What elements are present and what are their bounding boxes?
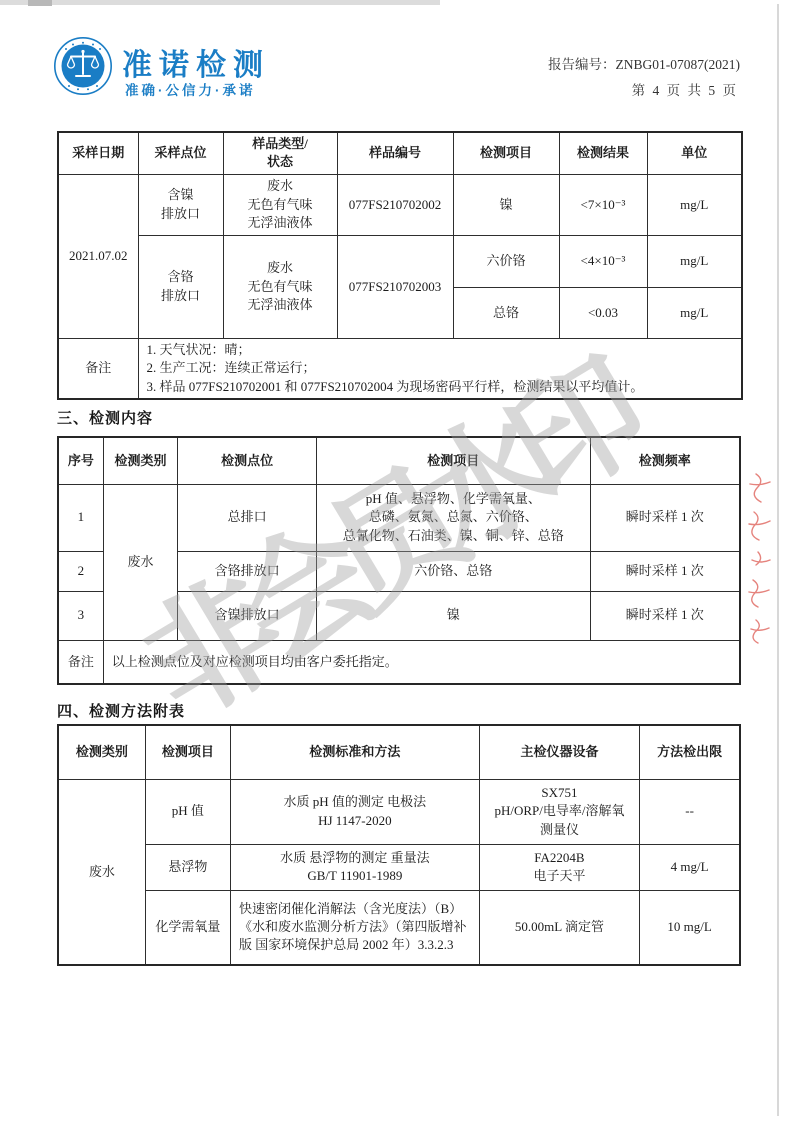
point-cell: 总排口 — [178, 484, 317, 551]
section-title-method-table: 四、检测方法附表 — [57, 700, 185, 721]
test-content-table: 序号 检测类别 检测点位 检测项目 检测频率 1 废水 总排口 pH 值、悬浮物… — [57, 436, 741, 685]
test-item-cell: 总铬 — [453, 287, 559, 338]
sampling-results-table: 采样日期 采样点位 样品类型/ 状态 样品编号 检测项目 检测结果 单位 202… — [57, 131, 743, 400]
limit-cell: 10 mg/L — [640, 890, 740, 965]
seq-cell: 3 — [58, 591, 103, 640]
col-header-category: 检测类别 — [58, 725, 145, 779]
item-cell: pH 值 — [145, 779, 230, 844]
col-header-category: 检测类别 — [103, 437, 177, 484]
col-header-standard-method: 检测标准和方法 — [231, 725, 480, 779]
limit-cell: 4 mg/L — [640, 844, 740, 890]
method-cell: 快速密闭催化消解法（含光度法）（B） 《水和废水监测分析方法》（第四版增补 版 … — [231, 890, 480, 965]
col-header-items: 检测项目 — [316, 437, 590, 484]
seq-cell: 1 — [58, 484, 103, 551]
scan-artifact-right-line — [777, 4, 779, 1116]
brand-name: 准诺检测 — [122, 40, 270, 84]
page-indicator: 第 4 页 共 5 页 — [632, 79, 738, 99]
instrument-cell: 50.00mL 滴定管 — [479, 890, 639, 965]
col-header-test-item: 检测项目 — [453, 132, 559, 174]
sampling-date-cell: 2021.07.02 — [58, 174, 138, 338]
limit-cell: -- — [640, 779, 740, 844]
col-header-sample-type: 样品类型/ 状态 — [223, 132, 337, 174]
item-cell: 化学需氧量 — [145, 890, 230, 965]
brand-tagline: 准确·公信力·承诺 — [125, 79, 256, 99]
item-cell: 悬浮物 — [145, 844, 230, 890]
col-header-point: 检测点位 — [178, 437, 317, 484]
balance-scale-logo-icon — [53, 36, 113, 96]
col-header-item: 检测项目 — [145, 725, 230, 779]
remarks-cell: 以上检测点位及对应检测项目均由客户委托指定。 — [103, 640, 740, 684]
method-cell: 水质 pH 值的测定 电极法 HJ 1147-2020 — [231, 779, 480, 844]
remark-label-cell: 备注 — [58, 338, 138, 399]
sample-type-cell: 废水 无色有气味 无浮油液体 — [223, 174, 337, 235]
remarks-cell: 1. 天气状况：晴； 2. 生产工况：连续正常运行； 3. 样品 077FS21… — [138, 338, 742, 399]
instrument-cell: SX751 pH/ORP/电导率/溶解氧 测量仪 — [479, 779, 639, 844]
col-header-instrument: 主检仪器设备 — [479, 725, 639, 779]
test-item-cell: 六价铬 — [453, 235, 559, 287]
method-cell: 水质 悬浮物的测定 重量法 GB/T 11901-1989 — [231, 844, 480, 890]
remark-label-cell: 备注 — [58, 640, 103, 684]
items-cell: 六价铬、总铬 — [316, 551, 590, 591]
test-result-cell: <4×10⁻³ — [559, 235, 647, 287]
seq-cell: 2 — [58, 551, 103, 591]
sampling-point-cell: 含镍 排放口 — [138, 174, 223, 235]
scan-artifact-top — [0, 0, 440, 5]
col-header-detection-limit: 方法检出限 — [640, 725, 740, 779]
test-item-cell: 镍 — [453, 174, 559, 235]
unit-cell: mg/L — [647, 235, 742, 287]
test-method-table: 检测类别 检测项目 检测标准和方法 主检仪器设备 方法检出限 废水 pH 值 水… — [57, 724, 741, 966]
sample-code-cell: 077FS210702002 — [337, 174, 453, 235]
report-number: 报告编号：ZNBG01-07087(2021) — [548, 53, 740, 73]
section-title-test-content: 三、检测内容 — [57, 407, 153, 428]
col-header-sample-code: 样品编号 — [337, 132, 453, 174]
col-header-test-result: 检测结果 — [559, 132, 647, 174]
items-cell: 镍 — [316, 591, 590, 640]
point-cell: 含铬排放口 — [178, 551, 317, 591]
col-header-sampling-point: 采样点位 — [138, 132, 223, 174]
category-cell: 废水 — [103, 484, 177, 640]
test-result-cell: <7×10⁻³ — [559, 174, 647, 235]
unit-cell: mg/L — [647, 174, 742, 235]
test-result-cell: <0.03 — [559, 287, 647, 338]
col-header-seq: 序号 — [58, 437, 103, 484]
report-page: 准诺检测 准确·公信力·承诺 报告编号：ZNBG01-07087(2021) 第… — [0, 0, 793, 1121]
col-header-sampling-date: 采样日期 — [58, 132, 138, 174]
frequency-cell: 瞬时采样 1 次 — [590, 484, 740, 551]
point-cell: 含镍排放口 — [178, 591, 317, 640]
frequency-cell: 瞬时采样 1 次 — [590, 591, 740, 640]
category-cell: 废水 — [58, 779, 145, 965]
col-header-frequency: 检测频率 — [590, 437, 740, 484]
sample-type-cell: 废水 无色有气味 无浮油液体 — [223, 235, 337, 338]
frequency-cell: 瞬时采样 1 次 — [590, 551, 740, 591]
sampling-point-cell: 含铬 排放口 — [138, 235, 223, 338]
sample-code-cell: 077FS210702003 — [337, 235, 453, 338]
items-cell: pH 值、悬浮物、化学需氧量、 总磷、氨氮、总氮、六价铬、 总氰化物、石油类、镍… — [316, 484, 590, 551]
col-header-unit: 单位 — [647, 132, 742, 174]
unit-cell: mg/L — [647, 287, 742, 338]
instrument-cell: FA2204B 电子天平 — [479, 844, 639, 890]
scan-artifact-mark — [28, 0, 52, 6]
